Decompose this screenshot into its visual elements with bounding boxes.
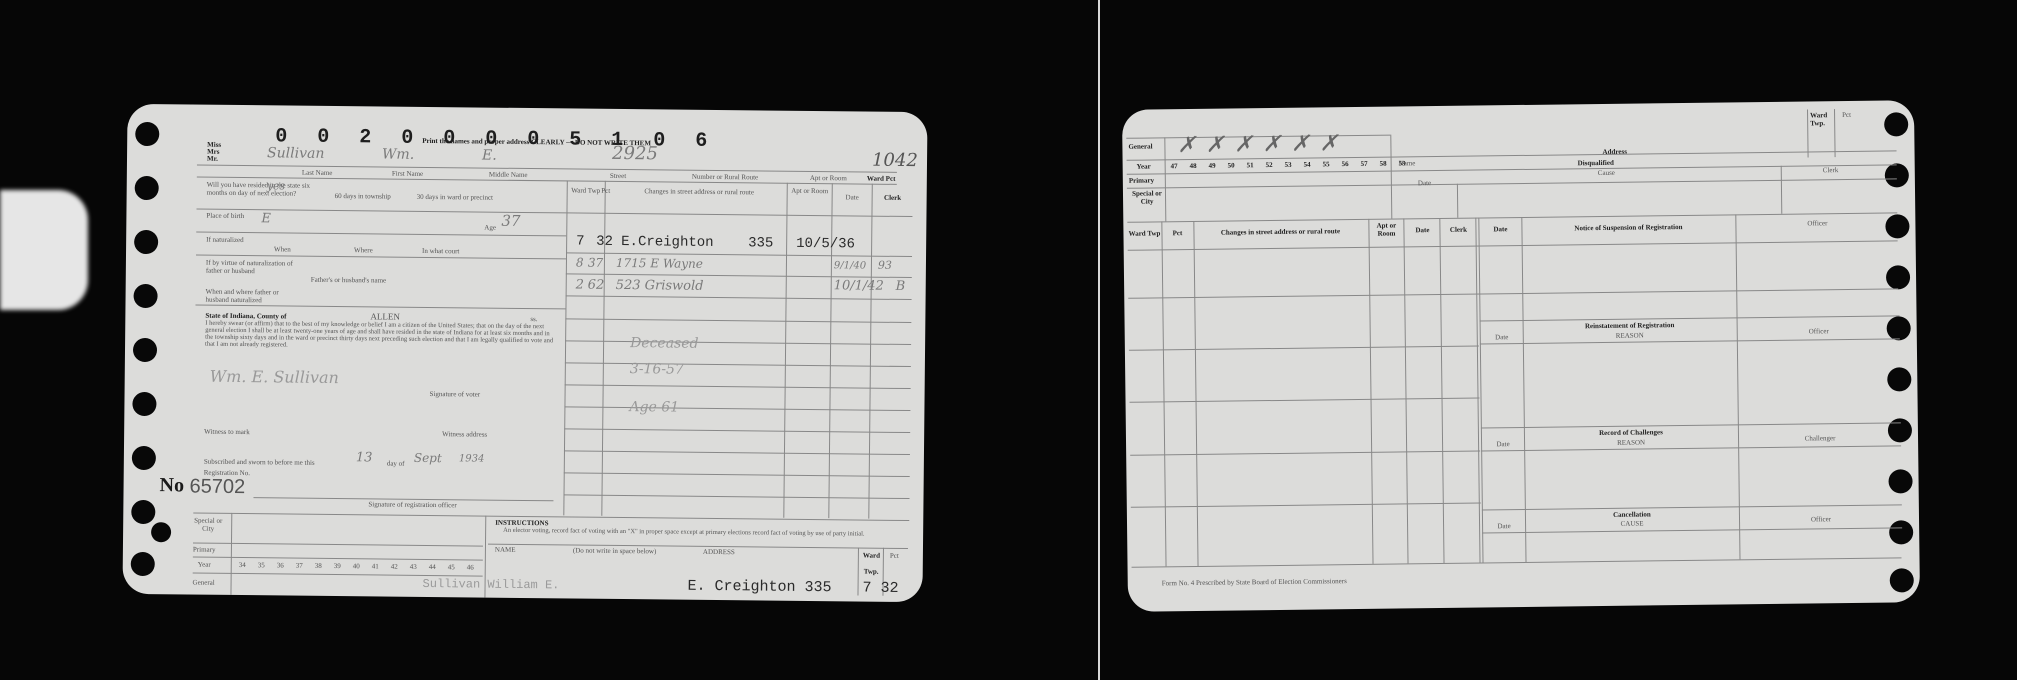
oath-text: I hereby swear (or affirm) that to the b… [205, 320, 555, 352]
punch-hole [132, 392, 156, 416]
residence-answer: yes [267, 179, 286, 192]
col-apt: Apt or Room [788, 187, 832, 195]
naturalized-court: In what court [422, 247, 459, 255]
row2-clerk: 93 [878, 259, 892, 272]
grid-primary-label: Primary [193, 546, 216, 554]
naturalized-where: Where [354, 246, 373, 254]
note-age: Age 61 [629, 399, 679, 416]
label-date: Date [1418, 179, 1431, 187]
label-street: Street [610, 172, 626, 180]
label-middle-name: Middle Name [489, 171, 528, 179]
punch-hole [133, 338, 157, 362]
col-date: Date [1405, 226, 1439, 234]
suspension-date: Date [1479, 225, 1521, 234]
row3-clerk: B [896, 279, 906, 294]
naturalized-label: If naturalized [206, 236, 256, 245]
registration-number: 65702 [189, 475, 245, 499]
number-prefix: No [159, 474, 184, 497]
row3-ward: 2 [576, 278, 584, 293]
form-footer: Form No. 4 Prescribed by State Board of … [1162, 577, 1347, 587]
age-value: 37 [501, 212, 520, 230]
grid-primary-label: Primary [1129, 176, 1154, 184]
row2-date: 9/1/40 [834, 260, 866, 271]
reinstatement-date: Date [1481, 333, 1523, 342]
label-ward-twp: Ward Twp. [1810, 111, 1834, 127]
father-husband-name: Father's or husband's name [311, 276, 387, 285]
grid-years: 47484950515253545556575859 [1165, 159, 1415, 170]
punch-hole [1885, 163, 1909, 187]
residence-question: Will you have resided in the state six m… [207, 181, 317, 198]
place-of-birth-value: E [261, 211, 271, 226]
col-apt: Apt or Room [1369, 221, 1403, 237]
punch-hole [134, 230, 158, 254]
punch-hole [133, 284, 157, 308]
registration-card-back: General Year Primary Special or City 474… [1122, 100, 1920, 612]
instructions-address-label: ADDRESS [703, 548, 735, 556]
reinstatement-title: Reinstatement of Registration [1525, 320, 1735, 331]
row1-pct: 32 [596, 234, 613, 250]
registration-officer-label: Signature of registration officer [368, 500, 456, 509]
challenges-reason: REASON [1526, 437, 1736, 448]
middle-name-value: E. [482, 148, 497, 164]
salutations: Miss Mrs Mr. [207, 142, 221, 163]
punch-hole [151, 522, 171, 542]
subscribed-year: 1934 [459, 453, 485, 464]
label-address: Address [1602, 148, 1626, 156]
father-husband-when-where: When and where father or husband natural… [205, 288, 300, 305]
row2-pct: 37 [588, 256, 603, 270]
grid-year-label: Year [198, 561, 211, 569]
row1-address: E.Creighton [621, 234, 714, 251]
father-husband-virtue: If by virtue of naturalization of father… [206, 259, 301, 276]
first-name-value: Wm. [382, 146, 414, 162]
label-name: Name [1399, 159, 1416, 167]
punch-hole [131, 500, 155, 524]
note-date: 3-16-57 [630, 361, 684, 378]
punch-hole [1889, 520, 1913, 544]
row1-ward: 7 [576, 234, 585, 250]
age-label: Age [484, 224, 496, 232]
label-ward-pct: Ward Pct [867, 175, 896, 183]
place-of-birth-label: Place of birth [206, 212, 246, 220]
challenges-title: Record of Challenges [1526, 427, 1736, 438]
label-clerk: Clerk [1823, 166, 1839, 174]
label-last-name: Last Name [302, 169, 333, 177]
row3-address: 523 Griswold [616, 278, 704, 294]
witness-address-label: Witness address [442, 430, 487, 438]
witness-label: Witness to mark [204, 428, 250, 436]
frame-divider [1098, 0, 1100, 680]
grid-years: 34353637383940414243444546 [233, 561, 483, 572]
typed-pct: 32 [880, 580, 898, 597]
grid-special-label: Special or City [188, 516, 228, 532]
label-cause: Cause [1598, 169, 1615, 177]
punch-hole [1886, 265, 1910, 289]
punch-hole [1884, 112, 1908, 136]
row3-date: 10/1/42 [834, 278, 884, 294]
row2-ward: 8 [576, 256, 584, 270]
col-ward-twp: Ward Twp [1127, 229, 1161, 237]
days-township: 60 days in township [335, 192, 405, 201]
row1-date: 10/5/36 [796, 236, 855, 253]
label-apt: Apt or Room [810, 174, 847, 182]
punch-hole [132, 446, 156, 470]
instructions-name-label: NAME [495, 546, 516, 554]
registration-card-front: 0 0 2 0 0 0 0 5 1 0 6 Print the names an… [122, 104, 927, 602]
col-changes: Changes in street address or rural route [1195, 227, 1365, 237]
col-changes: Changes in street address or rural route [617, 187, 782, 197]
subscribed-month: Sept [414, 451, 442, 465]
row2-address: 1715 E Wayne [616, 256, 703, 271]
grid-general-label: General [1128, 142, 1152, 150]
cancellation-cause: CAUSE [1527, 518, 1737, 529]
cancellation-date: Date [1483, 522, 1525, 531]
typed-name: Sullivan William E. [423, 577, 560, 592]
instructions-pct-label: Pct [890, 552, 899, 560]
row3-pct: 62 [588, 278, 605, 293]
film-glare [0, 190, 88, 310]
col-clerk: Clerk [1441, 226, 1475, 234]
challenges-date: Date [1482, 440, 1524, 449]
label-pct: Pct [1842, 111, 1851, 119]
reinstatement-officer: Officer [1739, 326, 1899, 336]
grid-special-label: Special or City [1127, 189, 1167, 205]
oath-county: ALLEN [370, 312, 400, 320]
note-deceased: Deceased [630, 335, 699, 352]
grid-general-label: General [193, 579, 215, 587]
subscribed-day-label: day of [387, 460, 405, 468]
col-pct: Pct [1163, 229, 1191, 237]
suspension-officer: Officer [1737, 218, 1897, 228]
col-clerk: Clerk [873, 194, 913, 202]
punch-hole [1888, 469, 1912, 493]
last-name-value: Sullivan [267, 145, 324, 162]
cancellation-officer: Officer [1741, 514, 1901, 524]
voter-signature: Wm. E. Sullivan [210, 367, 339, 387]
oath-ss: ss. [530, 315, 537, 323]
vote-marks: ✗✗✗✗✗✗ [1177, 131, 1348, 158]
instructions-ward-label: Ward [863, 552, 880, 560]
challenges-challenger: Challenger [1740, 433, 1900, 443]
punch-hole [131, 552, 155, 576]
punch-hole [1887, 367, 1911, 391]
instructions-name-note: (Do not write in space below) [573, 547, 656, 556]
label-disqualified: Disqualified [1578, 159, 1614, 167]
subscribed-text: Subscribed and sworn to before me this [204, 458, 315, 467]
reinstatement-reason: REASON [1525, 330, 1735, 341]
days-ward: 30 days in ward or precinct [417, 193, 497, 202]
col-date: Date [833, 193, 872, 201]
punch-hole [1890, 568, 1914, 592]
instructions-twp-label: Twp. [864, 568, 879, 576]
ward-pct-value: 1042 [872, 150, 918, 171]
typed-address: E. Creighton 335 [687, 578, 831, 597]
typed-ward: 7 [862, 580, 871, 597]
suspension-title: Notice of Suspension of Registration [1523, 222, 1733, 233]
punch-hole [135, 176, 159, 200]
punch-hole [135, 122, 159, 146]
instructions-text: An elector voting, record fact of voting… [503, 527, 903, 539]
subscribed-day: 13 [356, 450, 373, 465]
naturalized-when: When [274, 245, 291, 253]
voter-signature-label: Signature of voter [430, 390, 481, 399]
grid-year-label: Year [1137, 163, 1151, 171]
street-number-value: 2925 [612, 143, 658, 164]
label-first-name: First Name [392, 170, 423, 178]
row1-apt: 335 [748, 235, 773, 251]
label-number: Number or Rural Route [692, 173, 758, 182]
